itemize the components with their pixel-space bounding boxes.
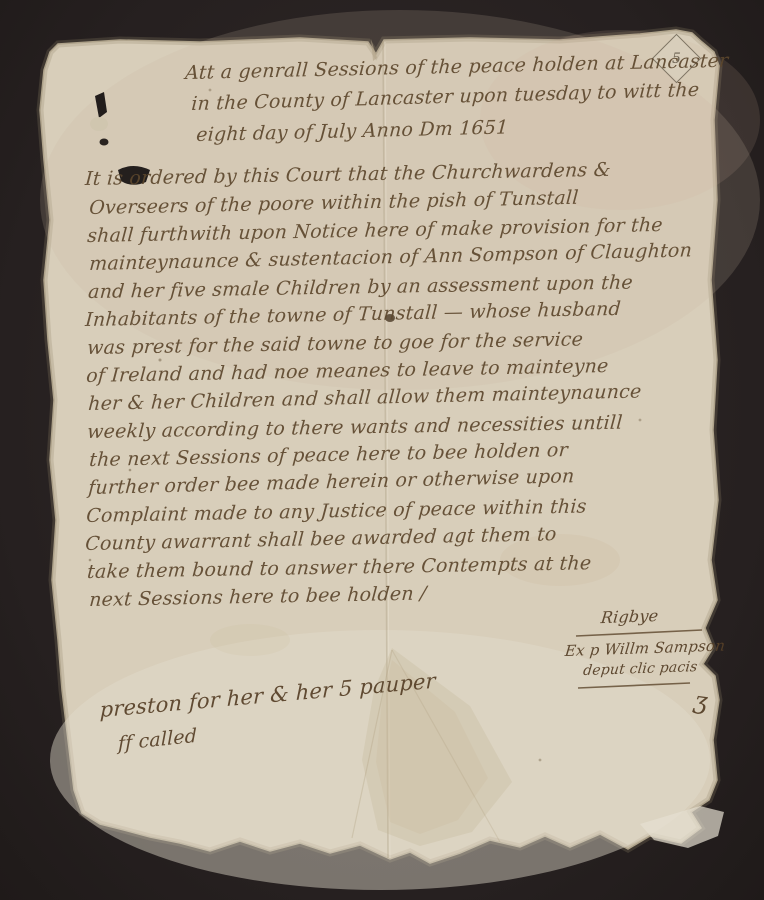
body-line: Overseers of the poore within the pish o… [89, 187, 580, 219]
heading-line: eight day of July Anno Dm 1651 [196, 116, 509, 146]
signature-name: Rigbye [600, 606, 659, 627]
handwritten-text-layer: Att a genrall Sessions of the peace hold… [0, 0, 764, 900]
clerk-signature: Ex p Willm Sampson [564, 636, 726, 660]
body-line: It is ordered by this Court that the Chu… [84, 159, 611, 190]
clerk-title: deput clic pacis [582, 659, 698, 679]
photograph-background: 5 Att a genrall Sessions of the peace ho… [0, 0, 764, 900]
body-line: Complaint made to any Justice of peace w… [85, 495, 587, 527]
body-line: her & her Children and shall allow them … [88, 380, 643, 415]
body-line: was prest for the said towne to goe for … [86, 328, 583, 359]
endorsement-line: preston for her & her 5 pauper [100, 669, 436, 723]
signature-flourish: ʒ [692, 686, 710, 716]
body-line: County awarrant shall bee awarded agt th… [85, 523, 558, 555]
body-line: weekly according to there wants and nece… [86, 412, 623, 443]
body-line: next Sessions here to bee holden / [88, 583, 427, 612]
body-line: further order bee made herein or otherwi… [88, 465, 576, 499]
body-line: Inhabitants of the towne of Tunstall — w… [85, 298, 622, 331]
heading-line: Att a genrall Sessions of the peace hold… [185, 50, 730, 84]
heading-line: in the County of Lancaster upon tuesday … [191, 79, 700, 115]
endorsement-line: ff called [118, 725, 197, 755]
body-line: take them bound to answer there Contempt… [86, 552, 592, 583]
